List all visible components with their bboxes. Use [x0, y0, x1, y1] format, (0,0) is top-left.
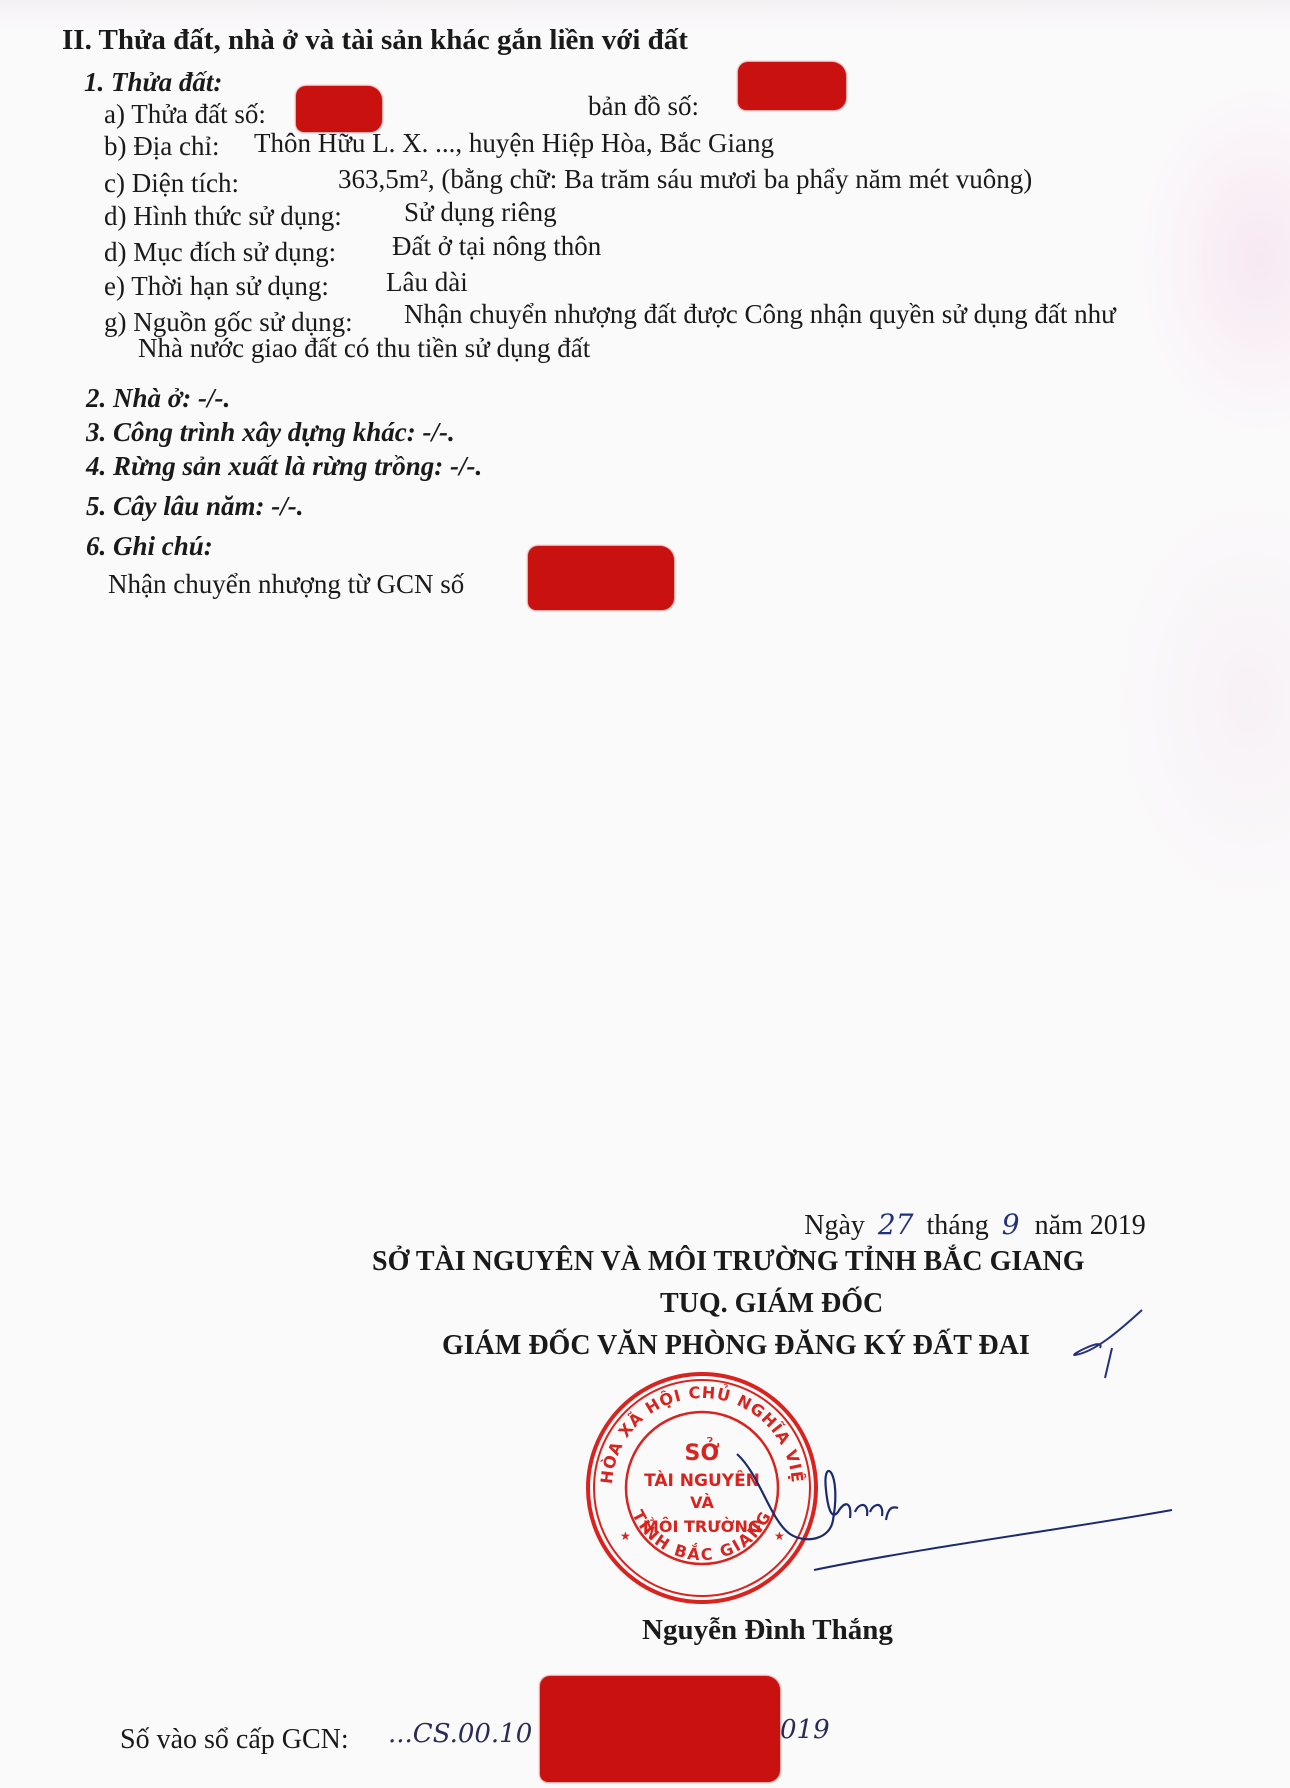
svg-text:VÀ: VÀ — [690, 1493, 714, 1512]
notes-heading: 6. Ghi chú: — [86, 530, 213, 562]
map-sheet-label: bản đồ số: — [588, 90, 699, 122]
date-prefix: Ngày — [804, 1210, 865, 1241]
house-item: 2. Nhà ở: -/-. — [86, 382, 230, 414]
year-text: năm 2019 — [1035, 1210, 1146, 1241]
address-value: Thôn Hữu L. X. ..., huyện Hiệp Hòa, Bắc … — [254, 127, 774, 159]
redaction-parcel-number — [296, 86, 382, 132]
area-label: c) Diện tích: — [104, 167, 239, 199]
svg-text:TÀI NGUYÊN: TÀI NGUYÊN — [644, 1469, 760, 1491]
parcel-number-label: a) Thửa đất số: — [104, 98, 266, 130]
other-construction-item: 3. Công trình xây dựng khác: -/-. — [86, 416, 455, 448]
production-forest-item: 4. Rừng sản xuất là rừng trồng: -/-. — [86, 450, 482, 482]
term-label: e) Thời hạn sử dụng: — [104, 270, 329, 302]
use-form-value: Sử dụng riêng — [404, 196, 557, 228]
issue-date: Ngày 27 tháng 9 năm 2019 — [0, 1208, 1290, 1242]
svg-text:MÔI TRƯỜNG: MÔI TRƯỜNG — [643, 1517, 761, 1536]
svg-text:★: ★ — [620, 1529, 631, 1543]
purpose-value: Đất ở tại nông thôn — [392, 230, 601, 262]
svg-text:★: ★ — [774, 1529, 785, 1543]
month-prefix: tháng — [927, 1210, 989, 1241]
registry-label: Số vào sổ cấp GCN: — [120, 1724, 349, 1756]
term-value: Lâu dài — [386, 266, 468, 298]
on-behalf: TUQ. GIÁM ĐỐC — [660, 1288, 883, 1320]
svg-text:SỞ: SỞ — [684, 1438, 719, 1466]
notes-text: Nhận chuyển nhượng từ GCN số — [108, 568, 464, 600]
land-heading: 1. Thửa đất: — [84, 66, 222, 98]
agency-name: SỞ TÀI NGUYÊN VÀ MÔI TRƯỜNG TỈNH BẮC GIA… — [372, 1246, 1085, 1278]
redaction-gcn-number — [528, 546, 674, 610]
purpose-label: d) Mục đích sử dụng: — [104, 236, 336, 268]
origin-value-line2: Nhà nước giao đất có thu tiền sử dụng đấ… — [138, 332, 590, 364]
date-day: 27 — [878, 1208, 914, 1241]
signer-name: Nguyễn Đình Thắng — [642, 1614, 893, 1646]
registry-value-suffix: 019 — [780, 1714, 830, 1746]
date-month: 9 — [1002, 1208, 1020, 1241]
section-title: II. Thửa đất, nhà ở và tài sản khác gắn … — [62, 24, 688, 56]
official-seal-icon: CỘNG HÒA XÃ HỘI CHỦ NGHĨA VIỆT NAM TỈNH … — [582, 1368, 822, 1608]
signer-title: GIÁM ĐỐC VĂN PHÒNG ĐĂNG KÝ ĐẤT ĐAI — [442, 1330, 1030, 1362]
use-form-label: d) Hình thức sử dụng: — [104, 200, 342, 232]
redaction-registry-number — [540, 1676, 780, 1782]
address-label: b) Địa chỉ: — [104, 130, 219, 162]
area-value: 363,5m², (bằng chữ: Ba trăm sáu mươi ba … — [338, 163, 1032, 195]
origin-value-line1: Nhận chuyển nhượng đất được Công nhận qu… — [404, 298, 1116, 330]
registry-value-prefix: ...CS.00.10 — [388, 1718, 532, 1750]
redaction-map-sheet — [738, 62, 846, 110]
perennial-trees-item: 5. Cây lâu năm: -/-. — [86, 490, 304, 522]
